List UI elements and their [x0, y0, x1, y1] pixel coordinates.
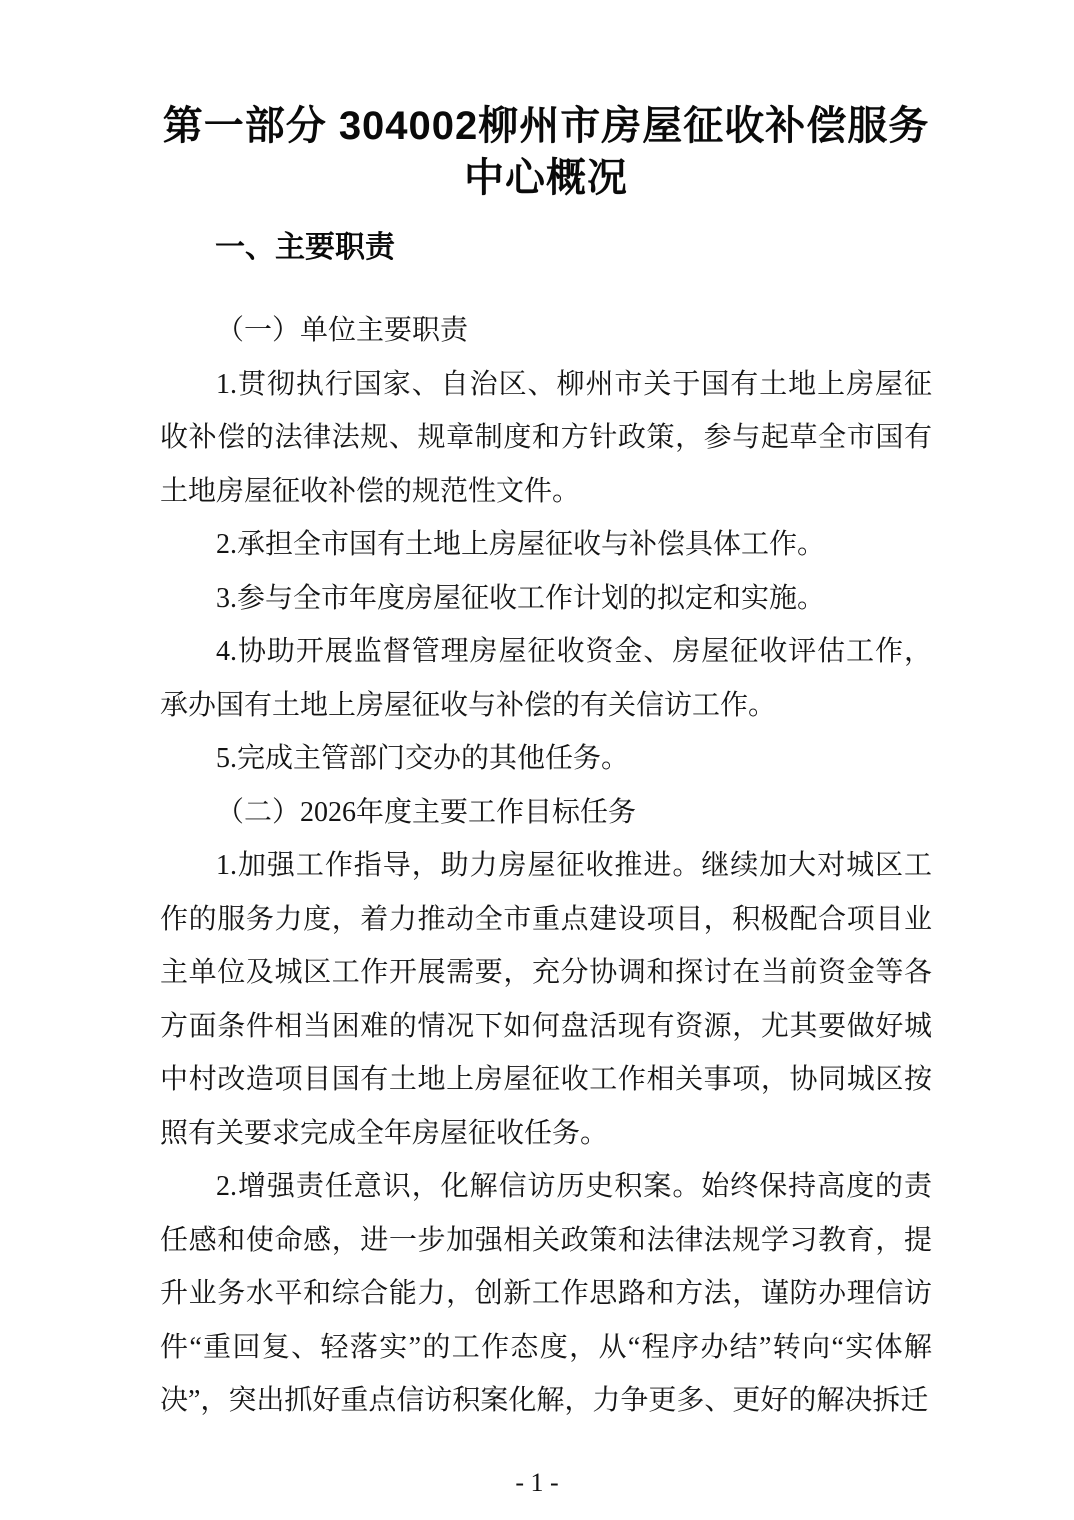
paragraph-duty-4: 4.协助开展监督管理房屋征收资金、房屋征收评估工作，承办国有土地上房屋征收与补偿…	[160, 625, 932, 732]
paragraph-duty-2: 2.承担全市国有土地上房屋征收与补偿具体工作。	[160, 518, 932, 572]
paragraph-duty-5: 5.完成主管部门交办的其他任务。	[160, 732, 932, 786]
document-content: 第一部分 304002柳州市房屋征收补偿服务 中心概况 一、主要职责 （一）单位…	[160, 0, 932, 1428]
page-number: - 1 -	[0, 1468, 1074, 1498]
document-page: 第一部分 304002柳州市房屋征收补偿服务 中心概况 一、主要职责 （一）单位…	[0, 0, 1074, 1520]
section-heading-main-duties: 一、主要职责	[215, 230, 932, 266]
paragraph-subheading-2: （二）2026年度主要工作目标任务	[160, 786, 932, 840]
paragraph-duty-3: 3.参与全市年度房屋征收工作计划的拟定和实施。	[160, 572, 932, 626]
paragraph-goal-1: 1.加强工作指导，助力房屋征收推进。继续加大对城区工作的服务力度，着力推动全市重…	[160, 839, 932, 1160]
document-title: 第一部分 304002柳州市房屋征收补偿服务 中心概况	[160, 100, 932, 204]
document-title-line-1: 第一部分 304002柳州市房屋征收补偿服务	[163, 104, 930, 148]
document-title-line-2: 中心概况	[464, 156, 628, 200]
document-body: （一）单位主要职责 1.贯彻执行国家、自治区、柳州市关于国有土地上房屋征收补偿的…	[160, 304, 932, 1428]
paragraph-subheading-1: （一）单位主要职责	[160, 304, 932, 358]
paragraph-goal-2: 2.增强责任意识，化解信访历史积案。始终保持高度的责任感和使命感，进一步加强相关…	[160, 1160, 932, 1428]
paragraph-duty-1: 1.贯彻执行国家、自治区、柳州市关于国有土地上房屋征收补偿的法律法规、规章制度和…	[160, 358, 932, 519]
